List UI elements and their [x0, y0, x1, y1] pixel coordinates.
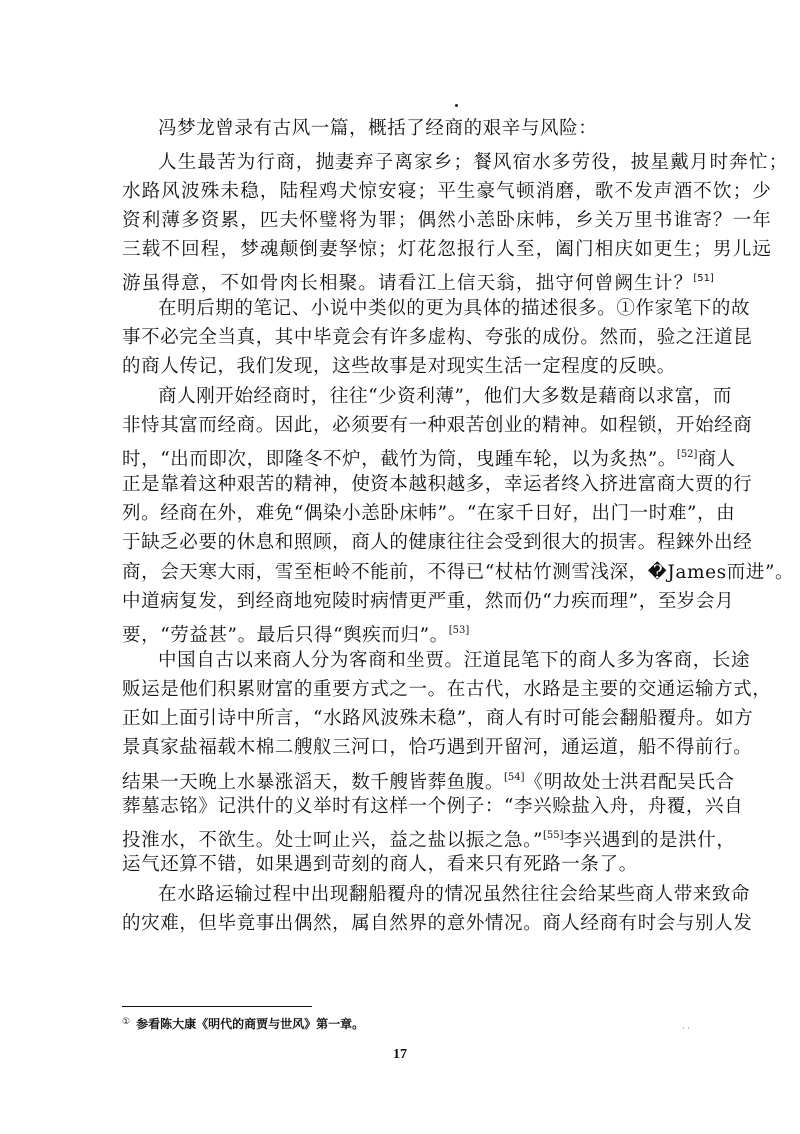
line-text: 三载不回程，梦魂颠倒妻孥惊；灯花忽报行人至，阖门相庆如更生；男儿远	[122, 239, 772, 260]
citation-ref: [52]	[677, 449, 698, 460]
page-number: 17	[0, 1047, 800, 1063]
line-text: 冯梦龙曾录有古风一篇，概括了经商的艰辛与风险：	[158, 118, 597, 139]
line-text: 贩运是他们积累财富的重要方式之一。在古代，水路是主要的交通运输方式，	[122, 679, 771, 700]
line-text: 商人刚开始经商时，往往“少资利薄”，他们大多数是藉商以求富，而	[158, 386, 732, 407]
line-text: 正如上面引诗中所言，“水路风波殊未稳”，商人有时可能会翻船覆舟。如方	[122, 708, 753, 729]
text-line: 正如上面引诗中所言，“水路风波殊未稳”，商人有时可能会翻船覆舟。如方	[122, 706, 682, 732]
text-line: 列。经商在外，难免“偶染小恙卧床帏”。“在家千日好，出门一时难”，由	[122, 501, 682, 527]
citation-ref: [55]	[543, 830, 564, 841]
line-text: 中国自古以来商人分为客商和坐贾。汪道昆笔下的商人多为客商，长途	[158, 650, 750, 671]
text-line: 要，“劳益甚”。最后只得“舆疾而归”。[53]	[122, 618, 682, 649]
line-text-continued: 商人	[697, 449, 735, 470]
text-line: 的灾难，但毕竟事出偶然，属自然界的意外情况。商人经商有时会与别人发	[122, 911, 682, 937]
line-text: 时，“出而即次，即隆冬不炉，截竹为筒，曳踵车轮，以为炙热”。	[122, 449, 677, 470]
text-line: 冯梦龙曾录有古风一篇，概括了经商的艰辛与风险：	[158, 116, 682, 142]
line-text: 资利薄多资累，匹夫怀璧将为罪；偶然小恙卧床帏，乡关万里书谁寄？一年	[122, 210, 772, 231]
text-line: 结果一天晚上水暴涨滔天，数千艘皆葬鱼腹。[54]《明故处士洪君配吴氏合	[122, 765, 682, 796]
line-text-continued: 李兴遇到的是洪什，	[564, 830, 736, 851]
text-line: 在明后期的笔记、小说中类似的更为具体的描述很多。①作家笔下的故	[158, 296, 682, 322]
line-text: 商，会天寒大雨，雪至柜岭不能前，不得已“杖枯竹测雪浅深，�James而进”。	[122, 562, 794, 583]
footnote-mark: ①	[122, 1017, 130, 1027]
line-text: 运气还算不错，如果遇到苛刻的商人，看来只有死路一条了。	[122, 854, 638, 875]
text-line: 三载不回程，梦魂颠倒妻孥惊；灯花忽报行人至，阖门相庆如更生；男儿远	[122, 237, 682, 263]
line-text: 中道病复发，到经商地宛陵时病情更严重，然而仍“力疾而理”，至岁会月	[122, 591, 734, 612]
citation-ref: [51]	[693, 273, 714, 284]
text-line: 中道病复发，到经商地宛陵时病情更严重，然而仍“力疾而理”，至岁会月	[122, 589, 682, 615]
citation-ref: [53]	[449, 625, 470, 636]
text-line: 事不必完全当真，其中毕竟会有许多虚构、夸张的成份。然而，验之汪道昆	[122, 325, 682, 351]
citation-ref: [54]	[504, 772, 525, 783]
scan-speck	[455, 104, 458, 107]
text-line: 于缺乏必要的休息和照顾，商人的健康往往会受到很大的损害。程錸外出经	[122, 530, 682, 556]
line-text: 的灾难，但毕竟事出偶然，属自然界的意外情况。商人经商有时会与别人发	[122, 913, 752, 934]
line-text: 景真家盐福载木棉二艘舣三河口，恰巧遇到开留河，通运道，船不得前行。	[122, 737, 752, 758]
line-text: 的商人传记，我们发现，这些故事是对现实生活一定程度的反映。	[122, 356, 676, 377]
line-text: 非恃其富而经商。因此，必须要有一种艰苦创业的精神。如程锁，开始经商	[122, 415, 752, 436]
text-line: 葬墓志铭》记洪什的义举时有这样一个例子：“李兴赊盐入舟，舟覆，兴自	[122, 794, 682, 820]
document-page: 冯梦龙曾录有古风一篇，概括了经商的艰辛与风险：人生最苦为行商，抛妻弃子离家乡；餐…	[0, 0, 800, 1134]
footnote-divider	[122, 1006, 312, 1007]
footnote: ①参看陈大康《明代的商贾与世风》第一章。	[122, 1015, 364, 1032]
text-line: 时，“出而即次，即隆冬不炉，截竹为筒，曳踵车轮，以为炙热”。[52]商人	[122, 442, 682, 473]
line-text: 投淮水，不欲生。处士呵止兴，益之盐以振之急。”	[122, 830, 543, 851]
text-line: 非恃其富而经商。因此，必须要有一种艰苦创业的精神。如程锁，开始经商	[122, 413, 682, 439]
line-text: 结果一天晚上水暴涨滔天，数千艘皆葬鱼腹。	[122, 772, 504, 793]
line-text: 在明后期的笔记、小说中类似的更为具体的描述很多。①作家笔下的故	[158, 298, 750, 319]
text-line: 商人刚开始经商时，往往“少资利薄”，他们大多数是藉商以求富，而	[158, 384, 682, 410]
text-line: 游虽得意，不如骨肉长相聚。请看江上信天翁，拙守何曾阙生计？[51]	[122, 266, 682, 297]
line-text: 水路风波殊未稳，陆程鸡犬惊安寝；平生豪气顿消磨，歌不发声酒不饮；少	[122, 181, 772, 202]
text-line: 投淮水，不欲生。处士呵止兴，益之盐以振之急。”[55]李兴遇到的是洪什，	[122, 823, 682, 854]
line-text: 人生最苦为行商，抛妻弃子离家乡；餐风宿水多劳役，披星戴月时奔忙；	[158, 152, 788, 173]
text-line: 贩运是他们积累财富的重要方式之一。在古代，水路是主要的交通运输方式，	[122, 677, 682, 703]
line-text: 列。经商在外，难免“偶染小恙卧床帏”。“在家千日好，出门一时难”，由	[122, 503, 735, 524]
text-line: 在水路运输过程中出现翻船覆舟的情况虽然往往会给某些商人带来致命	[158, 882, 682, 908]
line-text: 正是靠着这种艰苦的精神，使资本越积越多，幸运者终入挤进富商大贾的行	[122, 474, 752, 495]
text-line: 的商人传记，我们发现，这些故事是对现实生活一定程度的反映。	[122, 354, 682, 380]
text-line: 景真家盐福载木棉二艘舣三河口，恰巧遇到开留河，通运道，船不得前行。	[122, 735, 682, 761]
line-text-continued: 《明故处士洪君配吴氏合	[525, 772, 735, 793]
text-line: 正是靠着这种艰苦的精神，使资本越积越多，幸运者终入挤进富商大贾的行	[122, 472, 682, 498]
footnote-text: 参看陈大康《明代的商贾与世风》第一章。	[136, 1017, 364, 1031]
text-line: 水路风波殊未稳，陆程鸡犬惊安寝；平生豪气顿消磨，歌不发声酒不饮；少	[122, 179, 682, 205]
text-line: 资利薄多资累，匹夫怀璧将为罪；偶然小恙卧床帏，乡关万里书谁寄？一年	[122, 208, 682, 234]
text-line: 中国自古以来商人分为客商和坐贾。汪道昆笔下的商人多为客商，长途	[158, 648, 682, 674]
text-line: 人生最苦为行商，抛妻弃子离家乡；餐风宿水多劳役，披星戴月时奔忙；	[158, 150, 682, 176]
text-line: 运气还算不错，如果遇到苛刻的商人，看来只有死路一条了。	[122, 852, 682, 878]
line-text: 葬墓志铭》记洪什的义举时有这样一个例子：“李兴赊盐入舟，舟覆，兴自	[122, 796, 743, 817]
scan-speck: · ·	[682, 1024, 690, 1033]
line-text: 游虽得意，不如骨肉长相聚。请看江上信天翁，拙守何曾阙生计？	[122, 273, 693, 294]
text-line: 商，会天寒大雨，雪至柜岭不能前，不得已“杖枯竹测雪浅深，�James而进”。	[122, 560, 682, 586]
line-text: 于缺乏必要的休息和照顾，商人的健康往往会受到很大的损害。程錸外出经	[122, 532, 752, 553]
line-text: 在水路运输过程中出现翻船覆舟的情况虽然往往会给某些商人带来致命	[158, 884, 750, 905]
line-text: 事不必完全当真，其中毕竟会有许多虚构、夸张的成份。然而，验之汪道昆	[122, 327, 752, 348]
line-text: 要，“劳益甚”。最后只得“舆疾而归”。	[122, 625, 449, 646]
